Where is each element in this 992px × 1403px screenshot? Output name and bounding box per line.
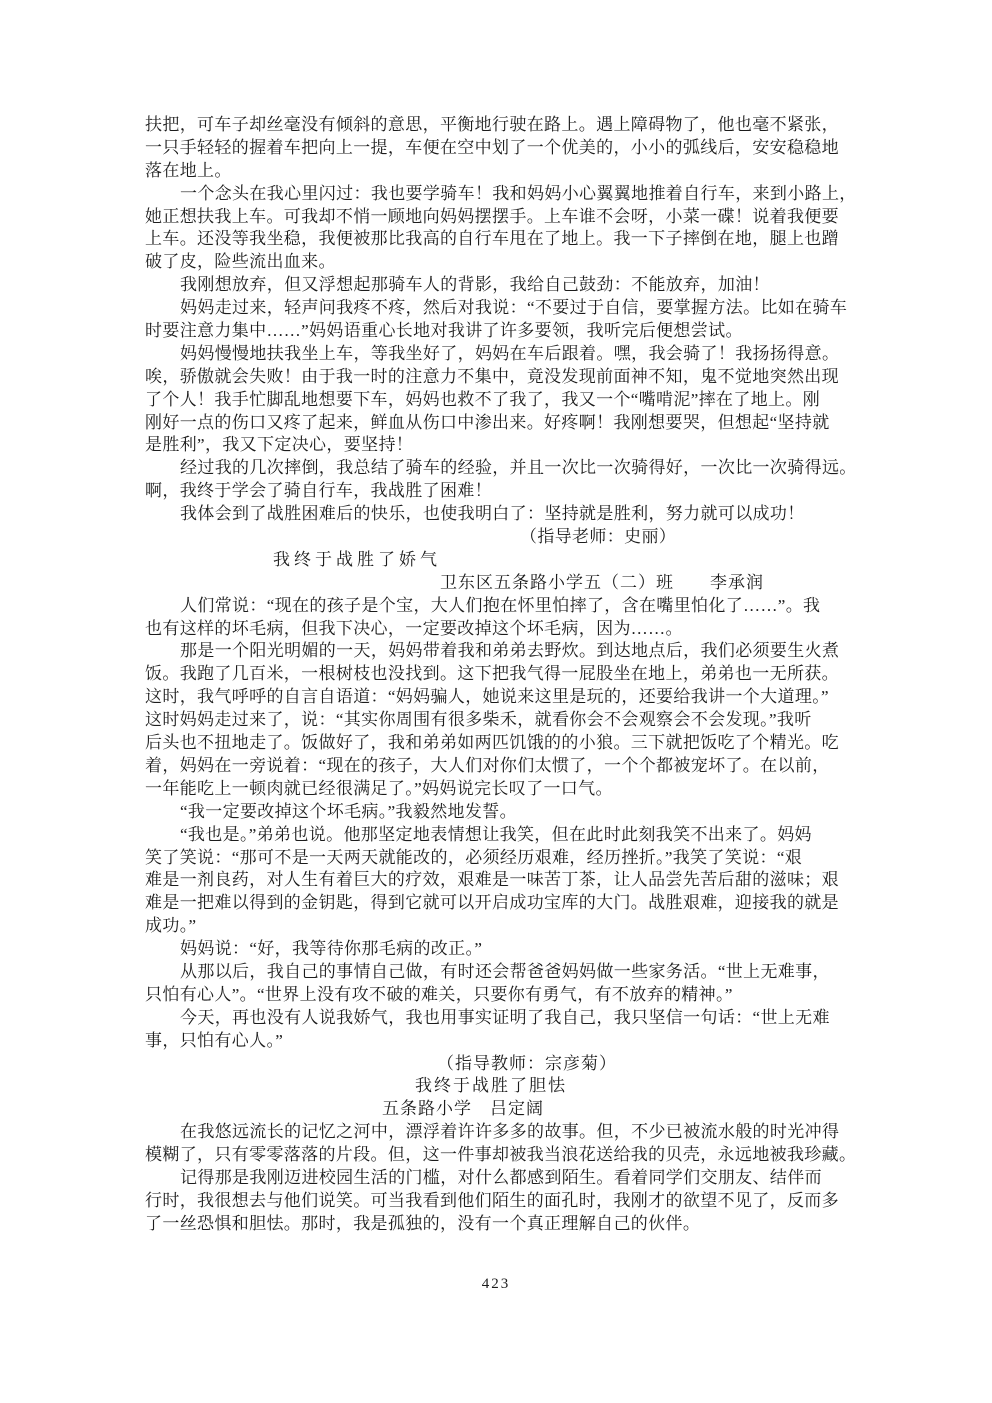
text-line: 了个人！我手忙脚乱地想要下车，妈妈也救不了我了，我又一个“嘴啃泥”摔在了地上。刚 bbox=[145, 389, 859, 412]
text-line: 上车。还没等我坐稳，我便被那比我高的自行车甩在了地上。我一下子摔倒在地，腿上也蹭 bbox=[145, 228, 859, 251]
text-line: 我体会到了战胜困难后的快乐，也使我明白了：坚持就是胜利，努力就可以成功！ bbox=[145, 503, 859, 526]
text-line: 一只手轻轻的握着车把向上一提，车便在空中划了一个优美的，小小的弧线后，安安稳稳地 bbox=[145, 137, 859, 160]
text-line: 笑了笑说：“那可不是一天两天就能改的，必须经历艰难，经历挫折。”我笑了笑说：“艰 bbox=[145, 847, 859, 870]
text-line: 今天，再也没有人说我娇气，我也用事实证明了我自己，我只坚信一句话：“世上无难 bbox=[145, 1007, 859, 1030]
text-line: 我刚想放弃，但又浮想起那骑车人的背影，我给自己鼓劲：不能放弃，加油！ bbox=[145, 274, 859, 297]
text-line: 记得那是我刚迈进校园生活的门槛，对什么都感到陌生。看着同学们交朋友、结伴而 bbox=[145, 1167, 859, 1190]
text-line: 落在地上。 bbox=[145, 160, 859, 183]
text-line: 饭。我跑了几百米，一根树枝也没找到。这下把我气得一屁股坐在地上，弟弟也一无所获。 bbox=[145, 663, 859, 686]
text-line: “我一定要改掉这个坏毛病。”我毅然地发誓。 bbox=[145, 801, 859, 824]
text-line: 从那以后，我自己的事情自己做，有时还会帮爸爸妈妈做一些家务活。“世上无难事， bbox=[145, 961, 859, 984]
text-line: 经过我的几次摔倒，我总结了骑车的经验，并且一次比一次骑得好，一次比一次骑得远。 bbox=[145, 457, 859, 480]
text-line: 后头也不扭地走了。饭做好了，我和弟弟如两匹饥饿的的小狼。三下就把饭吃了个精光。吃 bbox=[145, 732, 859, 755]
document-page: 扶把，可车子却丝毫没有倾斜的意思，平衡地行驶在路上。遇上障碍物了，他也毫不紧张，… bbox=[0, 0, 992, 1403]
teacher-credit-line: （指导老师：史丽） bbox=[520, 526, 859, 549]
text-line: 只怕有心人”。“世界上没有攻不破的难关，只要你有勇气，有不放弃的精神。” bbox=[145, 984, 859, 1007]
essay-author-line: 卫东区五条路小学五（二）班 李承润 bbox=[440, 572, 859, 595]
text-block: 扶把，可车子却丝毫没有倾斜的意思，平衡地行驶在路上。遇上障碍物了，他也毫不紧张，… bbox=[145, 114, 859, 1236]
page-number: 423 bbox=[0, 1276, 992, 1293]
text-line: 着，妈妈在一旁说着：“现在的孩子，大人们对你们太惯了，一个个都被宠坏了。在以前， bbox=[145, 755, 859, 778]
text-line: 唉，骄傲就会失败！由于我一时的注意力不集中，竟没发现前面神不知，鬼不觉地突然出现 bbox=[145, 366, 859, 389]
text-line: 这时妈妈走过来了，说：“其实你周围有很多柴禾，就看你会不会观察会不会发现。”我听 bbox=[145, 709, 859, 732]
text-line: 妈妈走过来，轻声问我疼不疼，然后对我说：“不要过于自信，要掌握方法。比如在骑车 bbox=[145, 297, 859, 320]
text-line: “我也是。”弟弟也说。他那坚定地表情想让我笑，但在此时此刻我笑不出来了。妈妈 bbox=[145, 824, 859, 847]
text-line: 刚好一点的伤口又疼了起来，鲜血从伤口中渗出来。好疼啊！我刚想要哭，但想起“坚持就 bbox=[145, 412, 859, 435]
text-line: 在我悠远流长的记忆之河中，漂浮着许许多多的故事。但，不少已被流水般的时光冲得 bbox=[145, 1121, 859, 1144]
text-line: 扶把，可车子却丝毫没有倾斜的意思，平衡地行驶在路上。遇上障碍物了，他也毫不紧张， bbox=[145, 114, 859, 137]
text-line: 难是一剂良药，对人生有着巨大的疗效，艰难是一味苦丁茶，让人品尝先苦后甜的滋味；艰 bbox=[145, 869, 859, 892]
essay-author-line: 五条路小学 吕定阔 bbox=[382, 1098, 859, 1121]
text-line: 了一丝恐惧和胆怯。那时，我是孤独的，没有一个真正理解自己的伙伴。 bbox=[145, 1213, 859, 1236]
essay-title: 我终于战胜了娇气 bbox=[273, 549, 859, 572]
text-line: 事，只怕有心人。” bbox=[145, 1030, 859, 1053]
text-line: 一个念头在我心里闪过：我也要学骑车！我和妈妈小心翼翼地推着自行车，来到小路上， bbox=[145, 183, 859, 206]
text-line: 难是一把难以得到的金钥匙，得到它就可以开启成功宝库的大门。战胜艰难，迎接我的就是 bbox=[145, 892, 859, 915]
text-line: 破了皮，险些流出血来。 bbox=[145, 251, 859, 274]
text-line: 那是一个阳光明媚的一天，妈妈带着我和弟弟去野炊。到达地点后，我们必须要生火煮 bbox=[145, 640, 859, 663]
text-line: 这时，我气呼呼的自言自语道：“妈妈骗人，她说来这里是玩的，还要给我讲一个大道理。… bbox=[145, 686, 859, 709]
text-line: 妈妈慢慢地扶我坐上车，等我坐好了，妈妈在车后跟着。嘿，我会骑了！我扬扬得意。 bbox=[145, 343, 859, 366]
text-line: 她正想扶我上车。可我却不悄一顾地向妈妈摆摆手。上车谁不会呀，小菜一碟！说着我便要 bbox=[145, 206, 859, 229]
text-line: 人们常说：“现在的孩子是个宝，大人们抱在怀里怕摔了，含在嘴里怕化了……”。我 bbox=[145, 595, 859, 618]
text-line: 是胜利”，我又下定决心，要坚持！ bbox=[145, 434, 859, 457]
text-line: 成功。” bbox=[145, 915, 859, 938]
essay-title: 我终于战胜了胆怯 bbox=[415, 1075, 859, 1098]
text-line: 啊，我终于学会了骑自行车，我战胜了困难！ bbox=[145, 480, 859, 503]
text-line: 模糊了，只有零零落落的片段。但，这一件事却被我当浪花送给我的贝壳，永远地被我珍藏… bbox=[145, 1144, 859, 1167]
text-line: 妈妈说：“好，我等待你那毛病的改正。” bbox=[145, 938, 859, 961]
text-line: 时要注意力集中……”妈妈语重心长地对我讲了许多要领，我听完后便想尝试。 bbox=[145, 320, 859, 343]
text-line: 也有这样的坏毛病，但我下决心，一定要改掉这个坏毛病，因为……。 bbox=[145, 618, 859, 641]
teacher-credit-line: （指导教师：宗彦菊） bbox=[437, 1053, 859, 1076]
text-line: 行时，我很想去与他们说笑。可当我看到他们陌生的面孔时，我刚才的欲望不见了，反而多 bbox=[145, 1190, 859, 1213]
text-line: 一年能吃上一顿肉就已经很满足了。”妈妈说完长叹了一口气。 bbox=[145, 778, 859, 801]
